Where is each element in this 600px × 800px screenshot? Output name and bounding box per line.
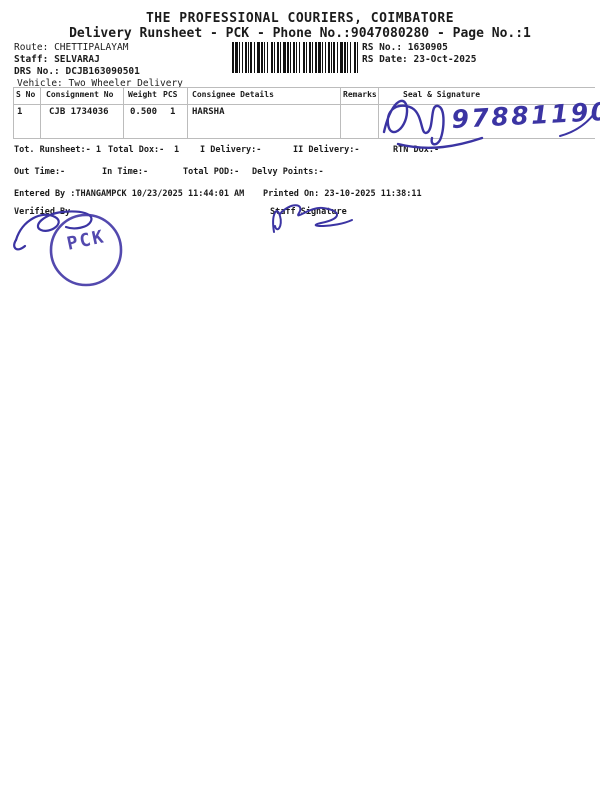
- pck-stamp-text: PCK: [65, 226, 107, 255]
- col-header-seal: Seal & Signature: [403, 90, 480, 99]
- document-title: THE PROFESSIONAL COURIERS, COIMBATORE: [0, 11, 600, 26]
- table-header-border: [13, 104, 595, 105]
- table-bottom-border: [13, 138, 595, 139]
- drs-label: DRS No.:: [14, 66, 60, 77]
- col-header-remarks: Remarks: [343, 90, 377, 99]
- col-header-weight: Weight: [128, 90, 157, 99]
- route-label: Route:: [14, 42, 48, 53]
- col-header-consignee: Consignee Details: [192, 90, 274, 99]
- table-col-border-2: [123, 87, 124, 138]
- total-dox-value: 1: [174, 145, 179, 155]
- cell-pcs: 1: [170, 107, 175, 117]
- printed-on-line: Printed On: 23-10-2025 11:38:11: [263, 189, 422, 199]
- verified-by-label: Verified By: [14, 207, 70, 217]
- drs-value: DCJB163090501: [66, 66, 140, 77]
- total-dox-label: Total Dox:-: [108, 145, 164, 155]
- staff-label: Staff:: [14, 54, 48, 65]
- route-value: CHETTIPALAYAM: [54, 42, 128, 53]
- table-top-border: [13, 87, 595, 88]
- route-line: Route: CHETTIPALAYAM: [14, 42, 128, 53]
- cell-sno: 1: [17, 107, 22, 117]
- total-pod-label: Total POD:-: [183, 167, 239, 177]
- pck-stamp: PCK: [51, 215, 121, 285]
- ii-delivery-label: II Delivery:-: [293, 145, 360, 155]
- col-header-consignment: Consignment No: [46, 90, 113, 99]
- document-subtitle: Delivery Runsheet - PCK - Phone No.:9047…: [0, 26, 600, 41]
- rs-no-value: 1630905: [408, 42, 448, 53]
- delvy-points-label: Delvy Points:-: [252, 167, 324, 177]
- rs-date-line: RS Date: 23-Oct-2025: [362, 54, 476, 65]
- table-col-border-3: [187, 87, 188, 138]
- drs-line: DRS No.: DCJB163090501: [14, 66, 140, 77]
- i-delivery-label: I Delivery:-: [200, 145, 261, 155]
- cell-consignee: HARSHA: [192, 107, 225, 117]
- seal-number-underline: [560, 114, 594, 136]
- delivery-runsheet-document: THE PROFESSIONAL COURIERS, COIMBATORE De…: [0, 0, 600, 800]
- cell-consignment-no: CJB 1734036: [49, 107, 109, 117]
- seal-phone-number: 9788119012: [451, 95, 600, 134]
- table-col-border-4: [340, 87, 341, 138]
- tot-runsheet-label: Tot. Runsheet:- 1: [14, 145, 101, 155]
- entered-by-line: Entered By :THANGAMPCK 10/23/2025 11:44:…: [14, 189, 244, 199]
- staff-line: Staff: SELVARAJ: [14, 54, 100, 65]
- drs-barcode: [232, 42, 360, 73]
- rs-date-label: RS Date:: [362, 54, 408, 65]
- out-time-label: Out Time:-: [14, 167, 65, 177]
- staff-signature-label: Staff Signature: [270, 207, 347, 217]
- rs-date-value: 23-Oct-2025: [414, 54, 477, 65]
- col-header-sno: S No: [16, 90, 35, 99]
- table-col-border-1: [40, 87, 41, 138]
- col-header-pcs: PCS: [163, 90, 177, 99]
- rtn-dox-label: RTN Dox:-: [393, 145, 439, 155]
- table-col-border-left: [13, 87, 14, 138]
- rs-no-label: RS No.:: [362, 42, 402, 53]
- seal-signature-scribble: [384, 101, 482, 148]
- tot-runsheet-value: 1: [96, 145, 101, 155]
- verified-signature-scribble: [14, 211, 91, 249]
- rs-no-line: RS No.: 1630905: [362, 42, 448, 53]
- cell-weight: 0.500: [130, 107, 157, 117]
- in-time-label: In Time:-: [102, 167, 148, 177]
- table-col-border-5: [378, 87, 379, 138]
- staff-value: SELVARAJ: [54, 54, 100, 65]
